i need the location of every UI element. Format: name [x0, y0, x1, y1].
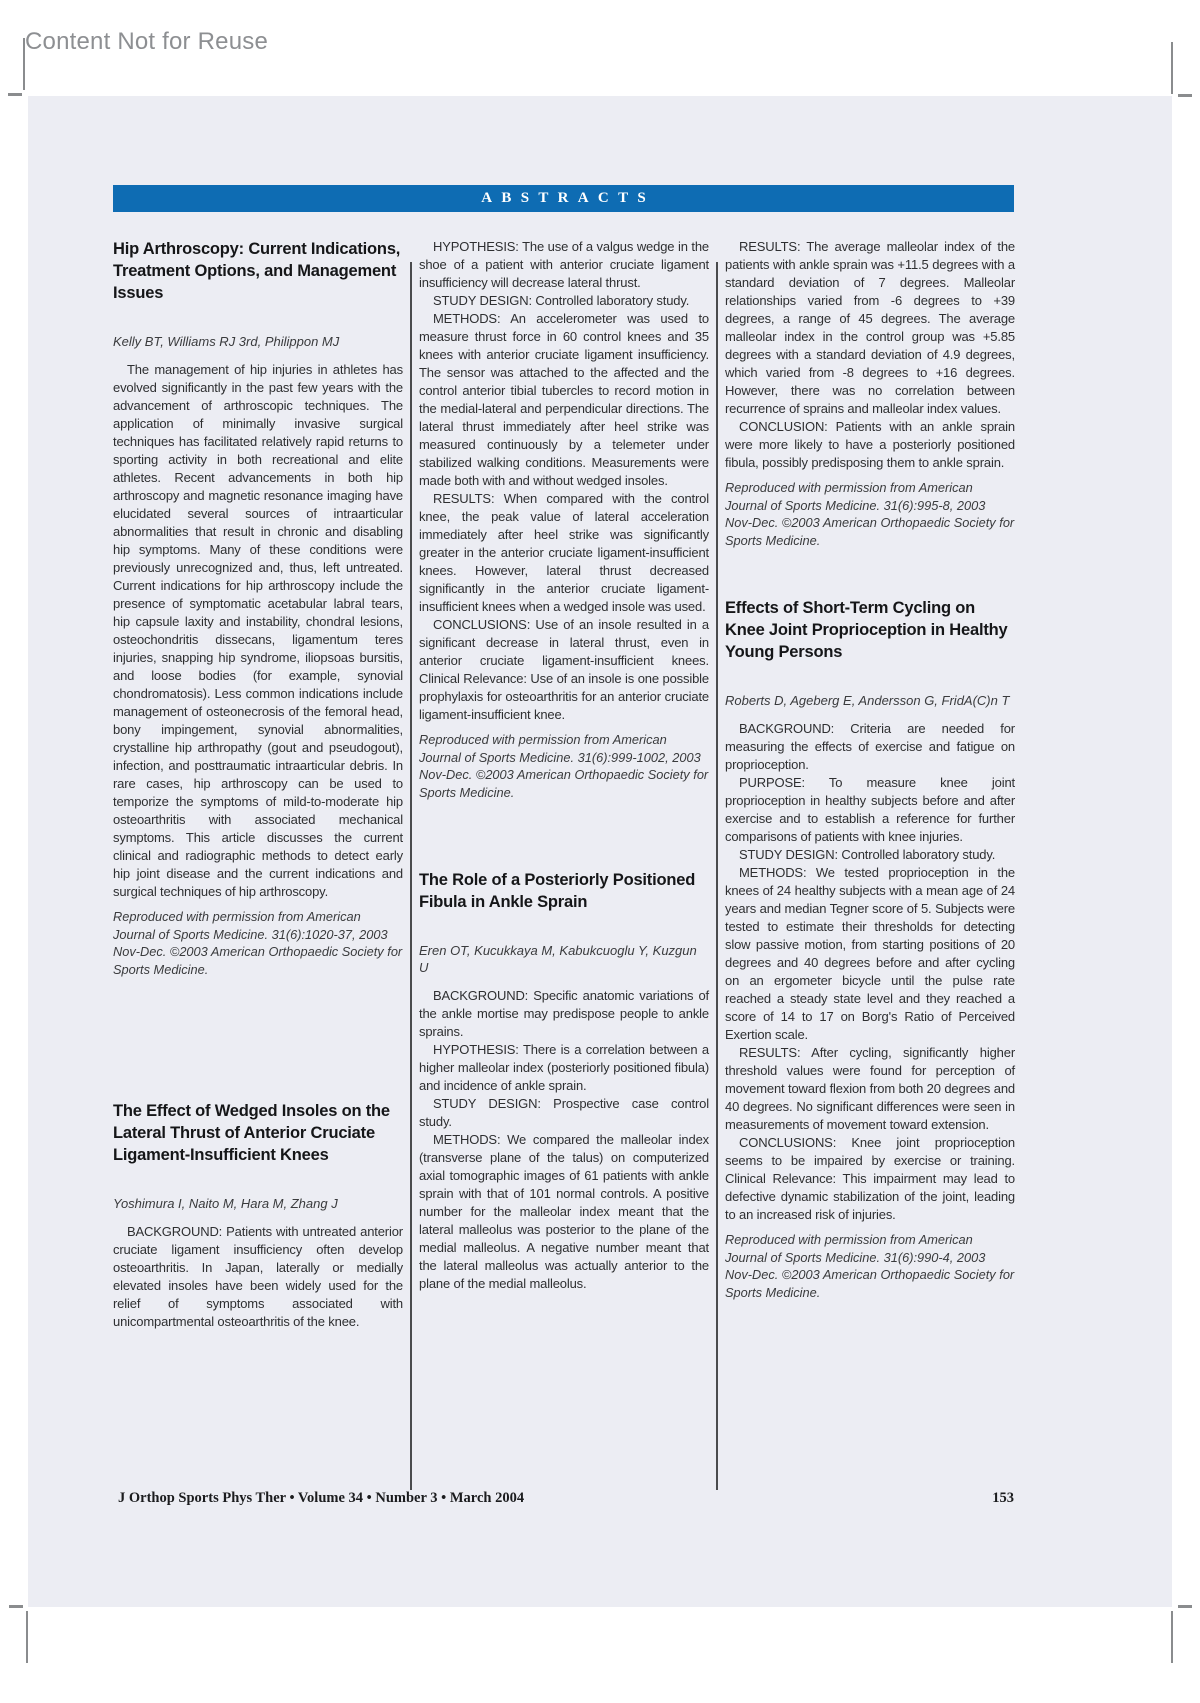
abstract-paragraph: METHODS: An accelerometer was used to me…: [419, 310, 709, 490]
column-right: RESULTS: The average malleolar index of …: [725, 238, 1015, 1490]
abstract-paragraph: STUDY DESIGN: Controlled laboratory stud…: [419, 292, 709, 310]
abstract-title: The Effect of Wedged Insoles on the Late…: [113, 1100, 403, 1166]
abstract-paragraph: HYPOTHESIS: The use of a valgus wedge in…: [419, 238, 709, 292]
abstract-paragraph: CONCLUSIONS: Knee joint proprioception s…: [725, 1134, 1015, 1224]
abstract-paragraph: RESULTS: When compared with the control …: [419, 490, 709, 616]
crop-mark-top-left-vertical: [23, 38, 25, 90]
abstract-title: Hip Arthroscopy: Current Indications, Tr…: [113, 238, 403, 304]
abstract-paragraph: METHODS: We compared the malleolar index…: [419, 1131, 709, 1293]
column-divider: [716, 262, 718, 1490]
abstracts-content: Hip Arthroscopy: Current Indications, Tr…: [113, 238, 1019, 1490]
crop-mark-bottom-right-horizontal: [1178, 1605, 1192, 1608]
abstract-paragraph: CONCLUSION: Patients with an ankle sprai…: [725, 418, 1015, 472]
page-body: ABSTRACTS Hip Arthroscopy: Current Indic…: [28, 96, 1172, 1607]
abstract-paragraph: HYPOTHESIS: There is a correlation betwe…: [419, 1041, 709, 1095]
abstract-paragraph: METHODS: We tested proprioception in the…: [725, 864, 1015, 1044]
abstract-paragraph: RESULTS: The average malleolar index of …: [725, 238, 1015, 418]
crop-mark-bottom-left-horizontal: [9, 1605, 23, 1608]
abstract-authors: Kelly BT, Williams RJ 3rd, Philippon MJ: [113, 333, 403, 350]
abstract-paragraph: CONCLUSIONS: Use of an insole resulted i…: [419, 616, 709, 724]
watermark-text: Content Not for Reuse: [25, 28, 268, 56]
abstract-paragraph: BACKGROUND: Patients with untreated ante…: [113, 1223, 403, 1331]
crop-mark-bottom-left-vertical: [26, 1611, 28, 1663]
scanned-journal-page: Content Not for Reuse ABSTRACTS Hip Arth…: [0, 0, 1200, 1703]
abstract-authors: Yoshimura I, Naito M, Hara M, Zhang J: [113, 1195, 403, 1212]
abstract-title: Effects of Short-Term Cycling on Knee Jo…: [725, 597, 1015, 663]
crop-mark-top-right-vertical: [1171, 42, 1173, 94]
abstract-paragraph: STUDY DESIGN: Controlled laboratory stud…: [725, 846, 1015, 864]
abstract-authors: Roberts D, Ageberg E, Andersson G, FridA…: [725, 692, 1015, 709]
abstracts-banner-label: ABSTRACTS: [481, 190, 655, 206]
footer-page-number: 153: [992, 1490, 1014, 1507]
crop-mark-bottom-right-vertical: [1171, 1611, 1173, 1663]
abstract-paragraph: The management of hip injuries in athlet…: [113, 361, 403, 901]
abstract-citation: Reproduced with permission from American…: [419, 731, 709, 801]
abstract-paragraph: PURPOSE: To measure knee joint proprioce…: [725, 774, 1015, 846]
abstract-citation: Reproduced with permission from American…: [725, 1231, 1015, 1301]
footer-journal-line: J Orthop Sports Phys Ther • Volume 34 • …: [118, 1490, 524, 1507]
abstract-citation: Reproduced with permission from American…: [113, 908, 403, 978]
abstract-title: The Role of a Posteriorly Positioned Fib…: [419, 869, 709, 913]
abstract-citation: Reproduced with permission from American…: [725, 479, 1015, 549]
page-footer: J Orthop Sports Phys Ther • Volume 34 • …: [118, 1490, 1014, 1507]
column-left: Hip Arthroscopy: Current Indications, Tr…: [113, 238, 403, 1490]
abstract-paragraph: BACKGROUND: Criteria are needed for meas…: [725, 720, 1015, 774]
crop-mark-top-right-horizontal: [1178, 94, 1192, 97]
column-divider: [410, 262, 412, 1490]
abstract-authors: Eren OT, Kucukkaya M, Kabukcuoglu Y, Kuz…: [419, 942, 709, 976]
column-middle: HYPOTHESIS: The use of a valgus wedge in…: [419, 238, 709, 1490]
abstract-paragraph: BACKGROUND: Specific anatomic variations…: [419, 987, 709, 1041]
crop-mark-top-left-horizontal: [8, 93, 22, 96]
abstract-paragraph: STUDY DESIGN: Prospective case control s…: [419, 1095, 709, 1131]
abstracts-banner: ABSTRACTS: [113, 185, 1014, 212]
abstract-paragraph: RESULTS: After cycling, significantly hi…: [725, 1044, 1015, 1134]
